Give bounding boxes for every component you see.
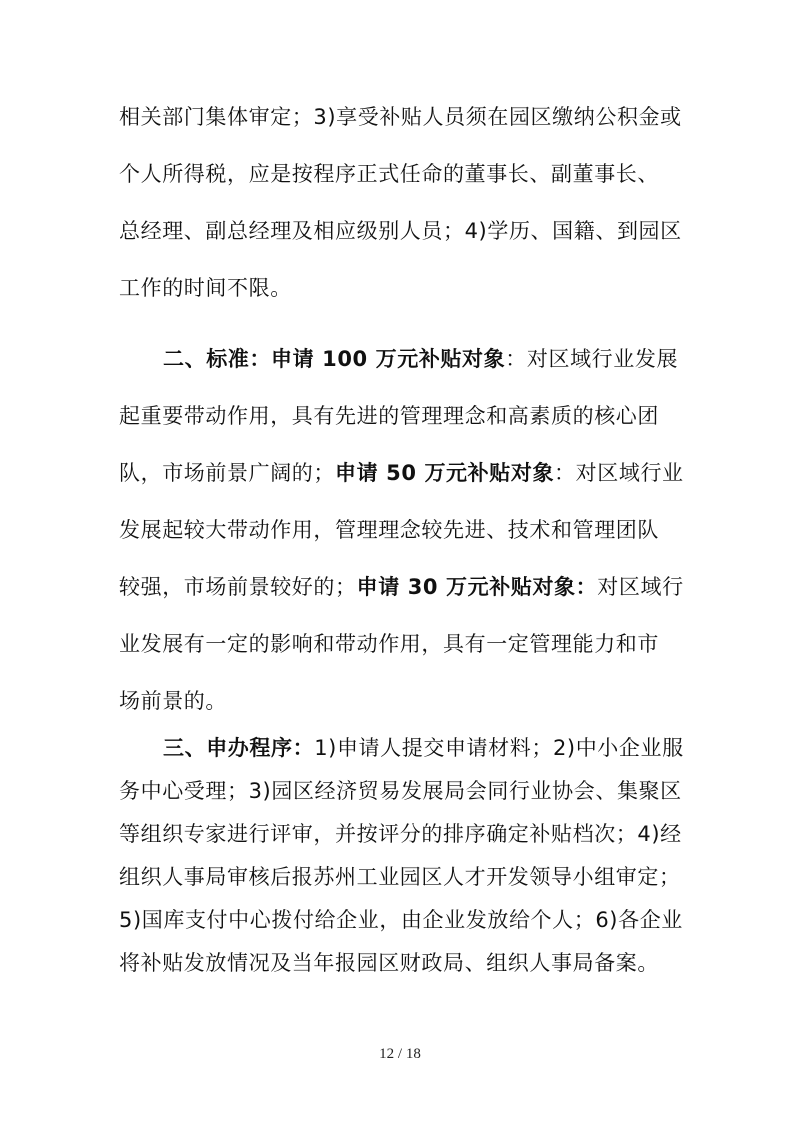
text-span: 对区域行 — [597, 575, 683, 599]
text-span: ：对区域行业 — [554, 461, 684, 485]
subsidy-tier-30: 申请 30 万元补贴对象： — [357, 575, 598, 599]
page-number: 12 / 18 — [0, 1046, 800, 1063]
text-line: 三、申办程序：1)申请人提交申请材料；2)中小企业服 — [163, 734, 684, 762]
text-line: 起重要带动作用，具有先进的管理理念和高素质的核心团 — [119, 402, 659, 430]
text-line: 相关部门集体审定；3)享受补贴人员须在园区缴纳公积金或 — [119, 103, 682, 131]
text-line: 个人所得税，应是按程序正式任命的董事长、副董事长、 — [119, 160, 659, 188]
text-line: 组织人事局审核后报苏州工业园区人才开发领导小组审定； — [119, 863, 681, 891]
document-page: 相关部门集体审定；3)享受补贴人员须在园区缴纳公积金或 个人所得税，应是按程序正… — [0, 0, 800, 1132]
text-line: 等组织专家进行评审，并按评分的排序确定补贴档次；4)经 — [119, 820, 682, 848]
text-span: 1)申请人提交申请材料；2)中小企业服 — [314, 736, 684, 760]
text-line: 业发展有一定的影响和带动作用，具有一定管理能力和市 — [119, 630, 659, 658]
section-heading-procedure: 三、申办程序： — [163, 736, 314, 760]
text-line: 务中心受理；3)园区经济贸易发展局会同行业协会、集聚区 — [119, 777, 682, 805]
text-span: 队，市场前景广阔的； — [119, 461, 335, 485]
text-line: 场前景的。 — [119, 687, 227, 715]
text-line: 工作的时间不限。 — [119, 274, 292, 302]
subsidy-tier-100: 申请 100 万元补贴对象 — [271, 347, 505, 371]
text-line: 将补贴发放情况及当年报园区财政局、组织人事局备案。 — [119, 949, 659, 977]
text-line: 发展起较大带动作用，管理理念较先进、技术和管理团队 — [119, 516, 659, 544]
text-line: 5)国库支付中心拨付给企业，由企业发放给个人；6)各企业 — [119, 906, 683, 934]
text-line: 总经理、副总经理及相应级别人员；4)学历、国籍、到园区 — [119, 217, 682, 245]
subsidy-tier-50: 申请 50 万元补贴对象 — [335, 461, 554, 485]
section-heading-standards: 二、标准： — [163, 347, 271, 371]
text-span: 较强，市场前景较好的； — [119, 575, 357, 599]
text-span: ：对区域行业发展 — [505, 347, 678, 371]
text-line: 队，市场前景广阔的；申请 50 万元补贴对象：对区域行业 — [119, 459, 684, 487]
text-line: 二、标准：申请 100 万元补贴对象：对区域行业发展 — [163, 345, 678, 373]
text-line: 较强，市场前景较好的；申请 30 万元补贴对象：对区域行 — [119, 573, 684, 601]
